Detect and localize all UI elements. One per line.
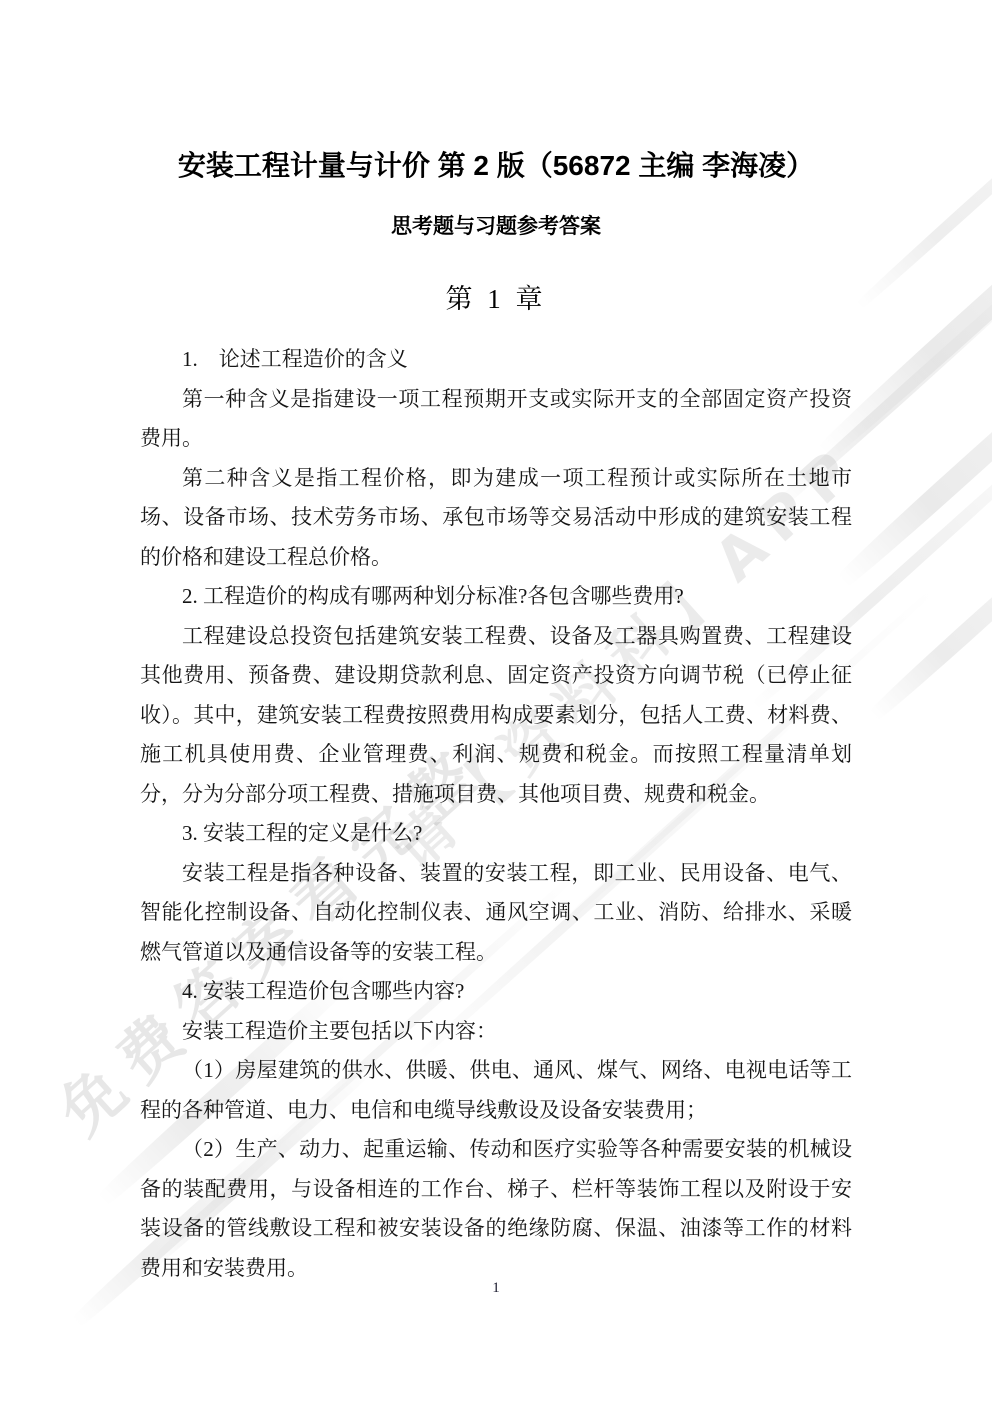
- document-title: 安装工程计量与计价 第 2 版（56872 主编 李海凌）: [0, 0, 992, 184]
- document-page: 免费答案看完整 请【资料科】APP 安装工程计量与计价 第 2 版（56872 …: [0, 0, 992, 1403]
- question-paragraph: 1. 论述工程造价的含义: [140, 340, 852, 380]
- answer-paragraph: 第二种含义是指工程价格，即为建成一项工程预计或实际所在土地市场、设备市场、技术劳…: [140, 459, 852, 578]
- document-content: 安装工程计量与计价 第 2 版（56872 主编 李海凌） 思考题与习题参考答案…: [0, 0, 992, 1288]
- document-body: 1. 论述工程造价的含义第一种含义是指建设一项工程预期开支或实际开支的全部固定资…: [140, 340, 852, 1288]
- document-subtitle: 思考题与习题参考答案: [0, 214, 992, 240]
- answer-paragraph: 安装工程造价主要包括以下内容：: [140, 1012, 852, 1052]
- chapter-heading: 第 1 章: [0, 282, 992, 316]
- answer-paragraph: （2）生产、动力、起重运输、传动和医疗实验等各种需要安装的机械设备的装配费用，与…: [140, 1130, 852, 1288]
- question-paragraph: 2. 工程造价的构成有哪两种划分标准?各包含哪些费用?: [140, 577, 852, 617]
- question-paragraph: 4. 安装工程造价包含哪些内容?: [140, 972, 852, 1012]
- answer-paragraph: 安装工程是指各种设备、装置的安装工程，即工业、民用设备、电气、智能化控制设备、自…: [140, 854, 852, 973]
- answer-paragraph: 工程建设总投资包括建筑安装工程费、设备及工器具购置费、工程建设其他费用、预备费、…: [140, 617, 852, 815]
- answer-paragraph: 第一种含义是指建设一项工程预期开支或实际开支的全部固定资产投资费用。: [140, 380, 852, 459]
- question-paragraph: 3. 安装工程的定义是什么?: [140, 814, 852, 854]
- answer-paragraph: （1）房屋建筑的供水、供暖、供电、通风、煤气、网络、电视电话等工程的各种管道、电…: [140, 1051, 852, 1130]
